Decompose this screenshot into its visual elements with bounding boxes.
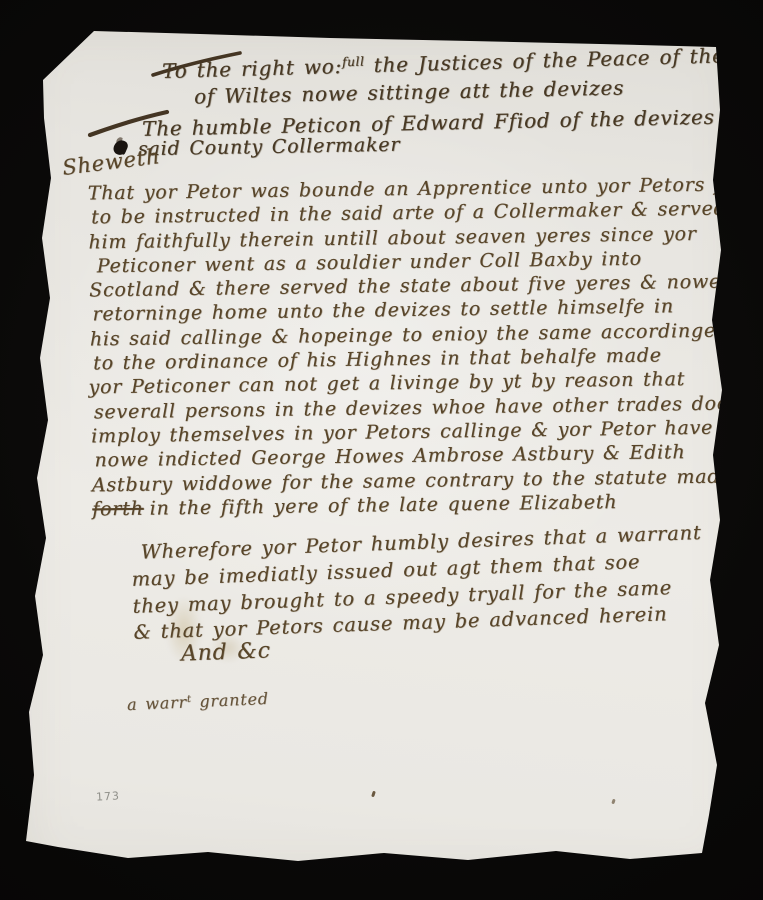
struck-word: forth	[92, 498, 144, 521]
annotation-text: granted	[191, 689, 269, 711]
photograph-background: To the right wo:full the Justices of the…	[0, 0, 763, 900]
petition-body: That yor Petor was bounde an Apprentice …	[88, 173, 729, 522]
superscript-full: full	[342, 54, 365, 70]
prayer-lines: Wherefore yor Petor humbly desires that …	[130, 522, 643, 647]
manuscript-page: To the right wo:full the Justices of the…	[0, 0, 763, 900]
folio-number: 173	[96, 789, 121, 803]
petition-title-line-2: said County Collermaker	[138, 134, 401, 161]
annotation-text: a warr	[127, 692, 188, 714]
closing-formula: And &c	[181, 638, 272, 666]
prayer-paragraph: Wherefore yor Petor humbly desires that …	[130, 522, 643, 647]
petition-body-lines: That yor Petor was bounde an Apprentice …	[88, 173, 728, 498]
address-text: To the right wo:	[162, 54, 343, 83]
line-text: in the fifth yere of the late quene Eliz…	[150, 491, 618, 520]
